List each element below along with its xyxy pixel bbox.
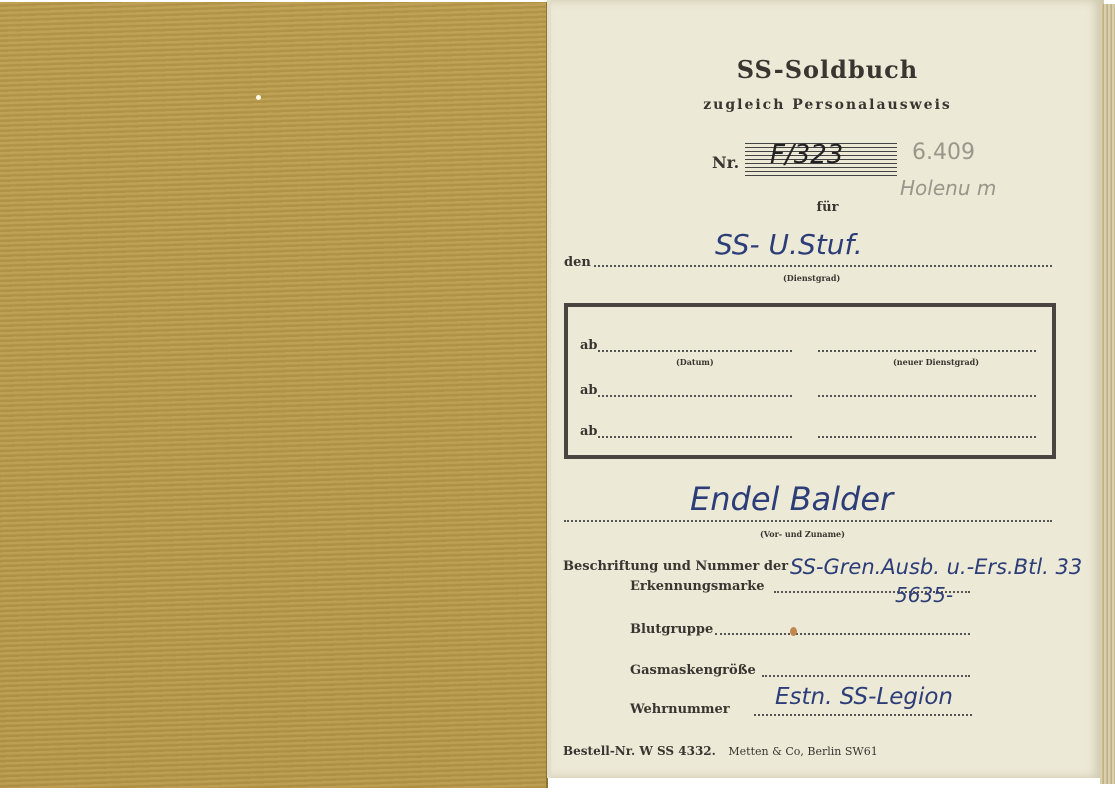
promotion-row-2-label: ab: [580, 383, 598, 398]
promotion-row-1-rank-line: [818, 350, 1036, 352]
rank-value: SS- U.Stuf.: [715, 228, 863, 261]
promotion-row-2-date-line: [598, 395, 792, 397]
blood-group-line: [715, 633, 970, 635]
print-footer: Bestell-Nr. W SS 4332. Metten & Co, Berl…: [563, 744, 878, 758]
page-stack-edge: [1100, 4, 1115, 784]
number-label: Nr.: [712, 153, 739, 172]
gas-mask-size-label: Gasmaskengröße: [630, 663, 756, 678]
promotion-row-1-date-line: [598, 350, 792, 352]
promotion-row-3-rank-line: [818, 436, 1036, 438]
promotion-row-3-date-line: [598, 436, 792, 438]
id-tag-label-line-2: Erkennungsmarke: [630, 579, 765, 594]
paper-stain: [790, 627, 797, 636]
id-tag-label-line-1: Beschriftung und Nummer der: [563, 559, 788, 574]
cover-light-spot: [256, 95, 261, 100]
id-tag-value-number: 5635-: [895, 583, 953, 607]
blood-group-label: Blutgruppe: [630, 622, 713, 637]
rank-line: [594, 265, 1052, 267]
full-name-value: Endel Balder: [690, 480, 893, 518]
id-tag-value-unit: SS-Gren.Ausb. u.-Ers.Btl. 33: [790, 555, 1082, 579]
promotion-row-2-rank-line: [818, 395, 1036, 397]
name-caption: (Vor- und Zuname): [760, 529, 845, 539]
promotion-row-1-label: ab: [580, 338, 598, 353]
new-rank-caption: (neuer Dienstgrad): [893, 357, 979, 367]
name-line: [564, 520, 1052, 522]
order-number: Bestell-Nr. W SS 4332.: [563, 744, 716, 758]
pencil-note-text: Holenu m: [900, 176, 996, 200]
document-title: SS-Soldbuch: [550, 55, 1105, 84]
rank-prefix-label: den: [564, 255, 591, 270]
book-cover-inside: [0, 2, 548, 788]
number-value: F/323: [770, 140, 843, 170]
rank-caption: (Dienstgrad): [783, 273, 840, 283]
service-number-label: Wehrnummer: [630, 702, 730, 717]
gas-mask-size-line: [762, 675, 970, 677]
promotion-row-3-label: ab: [580, 424, 598, 439]
pencil-note-number: 6.409: [912, 140, 975, 165]
for-label: für: [550, 200, 1105, 215]
date-caption: (Datum): [676, 357, 714, 367]
publisher: Metten & Co, Berlin SW61: [728, 745, 877, 758]
service-number-line: [754, 714, 972, 716]
document-subtitle: zugleich Personalausweis: [550, 97, 1105, 113]
service-number-value: Estn. SS-Legion: [775, 684, 953, 710]
